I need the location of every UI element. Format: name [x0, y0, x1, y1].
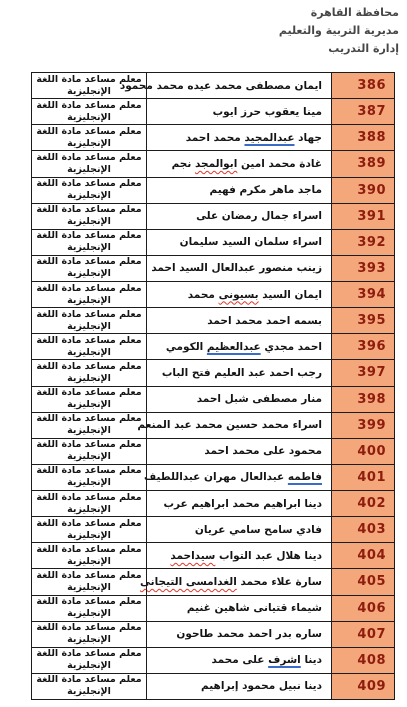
serial-number: 407	[357, 627, 386, 642]
table-row: 406 شيماء قتيانى شاهين غنيم معلم مساعد م…	[32, 595, 394, 621]
serial-number-cell: 409	[332, 674, 394, 699]
serial-number: 391	[357, 209, 386, 224]
teacher-name: ساره بدر احمد محمد طاحون	[176, 628, 322, 640]
job-title-line2: الإنجليزية	[35, 686, 143, 698]
job-title-line1: معلم مساعد مادة اللغة	[35, 674, 143, 686]
table-row: 396 احمد مجدي عبدالعظيم الكومي معلم مساع…	[32, 333, 394, 359]
teacher-name-part: اسراء سلمان السيد سليمان	[180, 236, 322, 248]
teacher-name-part: ساره بدر احمد محمد طاحون	[176, 628, 322, 640]
job-title-line2: الإنجليزية	[35, 556, 143, 568]
table-row: 404 دينا هلال عبد التواب سيداحمد معلم مس…	[32, 542, 394, 568]
teacher-name-part: فاطمه	[288, 471, 322, 483]
teacher-name-cell: ايمان السيد بسيونى محمد	[147, 282, 332, 307]
job-title-cell: معلم مساعد مادة اللغة الإنجليزية	[32, 178, 147, 203]
teacher-name: محمود على محمد احمد	[204, 445, 322, 457]
teacher-name: دينا اشرف على محمد	[212, 654, 322, 666]
teacher-name: ماجد ماهر مكرم فهيم	[210, 184, 322, 196]
job-title-line1: معلم مساعد مادة اللغة	[35, 74, 143, 86]
job-title-cell: معلم مساعد مادة اللغة الإنجليزية	[32, 569, 147, 594]
job-title-cell: معلم مساعد مادة اللغة الإنجليزية	[32, 125, 147, 150]
table-row: 401 فاطمه عبدالعال مهران عبداللطيف معلم …	[32, 464, 394, 490]
teacher-name-part: محمد احمد	[186, 132, 241, 144]
job-title-line2: الإنجليزية	[35, 582, 143, 594]
serial-number: 404	[357, 548, 386, 563]
header-directorate: مديرية التربية والتعليم	[279, 22, 399, 40]
teacher-name: فاطمه عبدالعال مهران عبداللطيف	[144, 471, 322, 483]
teacher-name-part: دينا نبيل محمود إبراهيم	[201, 680, 322, 692]
job-title-line1: معلم مساعد مادة اللغة	[35, 518, 143, 530]
teacher-name: شيماء قتيانى شاهين غنيم	[187, 602, 322, 614]
job-title-line2: الإنجليزية	[35, 660, 143, 672]
job-title-cell: معلم مساعد مادة اللغة الإنجليزية	[32, 674, 147, 699]
teacher-name-cell: ايمان مصطفى محمد عيده محمد محمود	[147, 73, 332, 98]
table-row: 391 اسراء جمال رمضان على معلم مساعد مادة…	[32, 203, 394, 229]
job-title-line1: معلم مساعد مادة اللغة	[35, 544, 143, 556]
job-title-line2: الإنجليزية	[35, 216, 143, 228]
job-title-line2: الإنجليزية	[35, 190, 143, 202]
job-title-cell: معلم مساعد مادة اللغة الإنجليزية	[32, 360, 147, 385]
serial-number-cell: 392	[332, 230, 394, 255]
teacher-name: دينا نبيل محمود إبراهيم	[201, 680, 322, 692]
teacher-name-part: سارة علاء محمد	[240, 576, 322, 588]
job-title-line2: الإنجليزية	[35, 373, 143, 385]
teacher-name-cell: مينا يعقوب حرز ايوب	[147, 99, 332, 124]
serial-number-cell: 386	[332, 73, 394, 98]
teacher-name-cell: منار مصطفى شبل احمد	[147, 387, 332, 412]
teacher-name-cell: فاطمه عبدالعال مهران عبداللطيف	[147, 465, 332, 490]
job-title-line2: الإنجليزية	[35, 242, 143, 254]
job-title-cell: معلم مساعد مادة اللغة الإنجليزية	[32, 99, 147, 124]
teacher-name-part: ماجد ماهر مكرم فهيم	[210, 184, 322, 196]
job-title-cell: معلم مساعد مادة اللغة الإنجليزية	[32, 282, 147, 307]
teacher-name: اسراء سلمان السيد سليمان	[180, 236, 322, 248]
serial-number: 392	[357, 235, 386, 250]
job-title-cell: معلم مساعد مادة اللغة الإنجليزية	[32, 465, 147, 490]
job-title-cell: معلم مساعد مادة اللغة الإنجليزية	[32, 308, 147, 333]
document-header: محافظة القاهرة مديرية التربية والتعليم إ…	[279, 4, 399, 58]
job-title-line2: الإنجليزية	[35, 86, 143, 98]
teacher-name-part: دينا	[304, 654, 322, 666]
table-row: 398 منار مصطفى شبل احمد معلم مساعد مادة …	[32, 386, 394, 412]
teacher-name-cell: بسمه احمد محمد احمد	[147, 308, 332, 333]
teacher-name-part: محمد	[188, 289, 215, 301]
job-title-line1: معلم مساعد مادة اللغة	[35, 648, 143, 660]
teacher-name-cell: دينا اشرف على محمد	[147, 648, 332, 673]
serial-number-cell: 406	[332, 596, 394, 621]
job-title-cell: معلم مساعد مادة اللغة الإنجليزية	[32, 204, 147, 229]
teacher-name-part: سيداحمد	[170, 550, 215, 562]
job-title-cell: معلم مساعد مادة اللغة الإنجليزية	[32, 230, 147, 255]
teacher-name-part: بسمه احمد محمد احمد	[207, 315, 322, 327]
table-row: 392 اسراء سلمان السيد سليمان معلم مساعد …	[32, 229, 394, 255]
serial-number-cell: 401	[332, 465, 394, 490]
job-title-line1: معلم مساعد مادة اللغة	[35, 413, 143, 425]
teacher-name-cell: ماجد ماهر مكرم فهيم	[147, 178, 332, 203]
table-row: 407 ساره بدر احمد محمد طاحون معلم مساعد …	[32, 621, 394, 647]
teacher-name-part: ايمان مصطفى محمد عيده محمد محمود	[120, 80, 322, 92]
job-title-line2: الإنجليزية	[35, 164, 143, 176]
teacher-name: غادة محمد امين ابوالمجد نجم	[172, 158, 322, 170]
serial-number: 409	[357, 679, 386, 694]
serial-number-cell: 402	[332, 491, 394, 516]
job-title-cell: معلم مساعد مادة اللغة الإنجليزية	[32, 413, 147, 438]
teacher-name-part: اشرف	[268, 654, 301, 666]
serial-number: 405	[357, 574, 386, 589]
table-row: 403 فادي سامح سامي عريان معلم مساعد مادة…	[32, 516, 394, 542]
teacher-name: بسمه احمد محمد احمد	[207, 315, 322, 327]
teacher-name-cell: شيماء قتيانى شاهين غنيم	[147, 596, 332, 621]
job-title-line2: الإنجليزية	[35, 608, 143, 620]
job-title-line2: الإنجليزية	[35, 112, 143, 124]
teacher-name-cell: زينب منصور عبدالعال السيد احمد	[147, 256, 332, 281]
teacher-name-part: احمد مجدي	[264, 341, 322, 353]
table-row: 395 بسمه احمد محمد احمد معلم مساعد مادة …	[32, 307, 394, 333]
teacher-name-part: غادة محمد امين	[241, 158, 322, 170]
teacher-name-part: محمود على محمد احمد	[204, 445, 322, 457]
table-row: 389 غادة محمد امين ابوالمجد نجم معلم مسا…	[32, 150, 394, 176]
teacher-name: سارة علاء محمد الغدامسى التيجانى	[140, 576, 322, 588]
job-title-line1: معلم مساعد مادة اللغة	[35, 596, 143, 608]
teacher-name-cell: دينا هلال عبد التواب سيداحمد	[147, 543, 332, 568]
teacher-name-part: بسيونى	[219, 289, 259, 301]
job-title-line1: معلم مساعد مادة اللغة	[35, 126, 143, 138]
teacher-name-part: دينا ابراهيم محمد ابراهيم عرب	[163, 498, 322, 510]
serial-number: 390	[357, 183, 386, 198]
job-title-line2: الإنجليزية	[35, 347, 143, 359]
teacher-name-part: رجب احمد عبد العليم فتح الباب	[162, 367, 322, 379]
serial-number: 397	[357, 365, 386, 380]
serial-number-cell: 388	[332, 125, 394, 150]
teacher-name-cell: ساره بدر احمد محمد طاحون	[147, 622, 332, 647]
job-title-cell: معلم مساعد مادة اللغة الإنجليزية	[32, 439, 147, 464]
table-row: 409 دينا نبيل محمود إبراهيم معلم مساعد م…	[32, 673, 394, 699]
serial-number: 387	[357, 104, 386, 119]
teacher-name-part: الكومي	[166, 341, 203, 353]
table-row: 393 زينب منصور عبدالعال السيد احمد معلم …	[32, 255, 394, 281]
job-title-line2: الإنجليزية	[35, 321, 143, 333]
serial-number: 396	[357, 339, 386, 354]
job-title-cell: معلم مساعد مادة اللغة الإنجليزية	[32, 151, 147, 176]
serial-number: 393	[357, 261, 386, 276]
job-title-line1: معلم مساعد مادة اللغة	[35, 335, 143, 347]
table-row: 402 دينا ابراهيم محمد ابراهيم عرب معلم م…	[32, 490, 394, 516]
document-page: محافظة القاهرة مديرية التربية والتعليم إ…	[0, 0, 407, 707]
job-title-line1: معلم مساعد مادة اللغة	[35, 622, 143, 634]
teacher-name-cell: اسراء سلمان السيد سليمان	[147, 230, 332, 255]
teacher-name: زينب منصور عبدالعال السيد احمد	[151, 262, 322, 274]
teacher-name-cell: غادة محمد امين ابوالمجد نجم	[147, 151, 332, 176]
serial-number: 388	[357, 130, 386, 145]
teacher-name-cell: دينا ابراهيم محمد ابراهيم عرب	[147, 491, 332, 516]
teacher-name-part: الغدامسى التيجانى	[140, 576, 237, 588]
job-title-line1: معلم مساعد مادة اللغة	[35, 256, 143, 268]
teacher-name-part: ايمان السيد	[262, 289, 322, 301]
teacher-name: دينا ابراهيم محمد ابراهيم عرب	[163, 498, 322, 510]
job-title-line1: معلم مساعد مادة اللغة	[35, 387, 143, 399]
serial-number: 394	[357, 287, 386, 302]
serial-number-cell: 387	[332, 99, 394, 124]
teacher-name: احمد مجدي عبدالعظيم الكومي	[166, 341, 322, 353]
serial-number-cell: 395	[332, 308, 394, 333]
header-department: إدارة التدريب	[279, 40, 399, 58]
serial-number-cell: 393	[332, 256, 394, 281]
teacher-name-part: عبدالعال مهران عبداللطيف	[144, 471, 284, 483]
teacher-name: ايمان مصطفى محمد عيده محمد محمود	[120, 80, 322, 92]
header-governorate: محافظة القاهرة	[279, 4, 399, 22]
serial-number-cell: 400	[332, 439, 394, 464]
serial-number: 403	[357, 522, 386, 537]
serial-number: 408	[357, 653, 386, 668]
serial-number-cell: 394	[332, 282, 394, 307]
serial-number-cell: 407	[332, 622, 394, 647]
teacher-name: رجب احمد عبد العليم فتح الباب	[162, 367, 322, 379]
serial-number: 389	[357, 156, 386, 171]
serial-number: 395	[357, 313, 386, 328]
job-title-cell: معلم مساعد مادة اللغة الإنجليزية	[32, 596, 147, 621]
teacher-name: دينا هلال عبد التواب سيداحمد	[170, 550, 322, 562]
serial-number-cell: 405	[332, 569, 394, 594]
table-row: 388 جهاد عبدالمجيد محمد احمد معلم مساعد …	[32, 124, 394, 150]
job-title-cell: معلم مساعد مادة اللغة الإنجليزية	[32, 543, 147, 568]
job-title-line1: معلم مساعد مادة اللغة	[35, 178, 143, 190]
teacher-name: ايمان السيد بسيونى محمد	[188, 289, 322, 301]
teacher-name: فادي سامح سامي عريان	[195, 524, 322, 536]
serial-number: 401	[357, 470, 386, 485]
job-title-line2: الإنجليزية	[35, 295, 143, 307]
job-title-cell: معلم مساعد مادة اللغة الإنجليزية	[32, 387, 147, 412]
table-row: 400 محمود على محمد احمد معلم مساعد مادة …	[32, 438, 394, 464]
roster-table: 386 ايمان مصطفى محمد عيده محمد محمود معل…	[31, 72, 395, 700]
serial-number-cell: 408	[332, 648, 394, 673]
serial-number: 398	[357, 392, 386, 407]
serial-number: 399	[357, 418, 386, 433]
table-row: 399 اسراء محمد حسين محمد عبد المنعم معلم…	[32, 412, 394, 438]
teacher-name: اسراء جمال رمضان على	[196, 210, 322, 222]
teacher-name-cell: احمد مجدي عبدالعظيم الكومي	[147, 334, 332, 359]
teacher-name-part: نجم	[172, 158, 192, 170]
job-title-line2: الإنجليزية	[35, 268, 143, 280]
table-row: 405 سارة علاء محمد الغدامسى التيجانى معل…	[32, 568, 394, 594]
teacher-name-part: عبدالمجيد	[244, 132, 294, 144]
serial-number-cell: 398	[332, 387, 394, 412]
job-title-line2: الإنجليزية	[35, 425, 143, 437]
job-title-line2: الإنجليزية	[35, 138, 143, 150]
job-title-line1: معلم مساعد مادة اللغة	[35, 100, 143, 112]
job-title-cell: معلم مساعد مادة اللغة الإنجليزية	[32, 73, 147, 98]
serial-number-cell: 396	[332, 334, 394, 359]
teacher-name-cell: دينا نبيل محمود إبراهيم	[147, 674, 332, 699]
job-title-line2: الإنجليزية	[35, 504, 143, 516]
table-row: 387 مينا يعقوب حرز ايوب معلم مساعد مادة …	[32, 98, 394, 124]
serial-number-cell: 391	[332, 204, 394, 229]
job-title-line1: معلم مساعد مادة اللغة	[35, 152, 143, 164]
job-title-line1: معلم مساعد مادة اللغة	[35, 439, 143, 451]
teacher-name-part: منار مصطفى شبل احمد	[197, 393, 322, 405]
teacher-name-cell: اسراء محمد حسين محمد عبد المنعم	[147, 413, 332, 438]
table-row: 390 ماجد ماهر مكرم فهيم معلم مساعد مادة …	[32, 177, 394, 203]
job-title-line2: الإنجليزية	[35, 451, 143, 463]
teacher-name: مينا يعقوب حرز ايوب	[213, 106, 322, 118]
teacher-name-part: على محمد	[212, 654, 265, 666]
job-title-line2: الإنجليزية	[35, 477, 143, 489]
teacher-name-part: دينا هلال عبد التواب	[219, 550, 322, 562]
job-title-line1: معلم مساعد مادة اللغة	[35, 465, 143, 477]
table-row: 386 ايمان مصطفى محمد عيده محمد محمود معل…	[32, 73, 394, 98]
teacher-name-part: فادي سامح سامي عريان	[195, 524, 322, 536]
serial-number-cell: 389	[332, 151, 394, 176]
teacher-name-cell: رجب احمد عبد العليم فتح الباب	[147, 360, 332, 385]
job-title-cell: معلم مساعد مادة اللغة الإنجليزية	[32, 622, 147, 647]
job-title-cell: معلم مساعد مادة اللغة الإنجليزية	[32, 517, 147, 542]
teacher-name-cell: اسراء جمال رمضان على	[147, 204, 332, 229]
serial-number-cell: 399	[332, 413, 394, 438]
serial-number: 406	[357, 601, 386, 616]
teacher-name: منار مصطفى شبل احمد	[197, 393, 322, 405]
job-title-line1: معلم مساعد مادة اللغة	[35, 230, 143, 242]
teacher-name-cell: سارة علاء محمد الغدامسى التيجانى	[147, 569, 332, 594]
teacher-name-part: اسراء محمد حسين محمد عبد المنعم	[137, 419, 322, 431]
job-title-cell: معلم مساعد مادة اللغة الإنجليزية	[32, 256, 147, 281]
job-title-line1: معلم مساعد مادة اللغة	[35, 570, 143, 582]
job-title-line1: معلم مساعد مادة اللغة	[35, 283, 143, 295]
job-title-cell: معلم مساعد مادة اللغة الإنجليزية	[32, 648, 147, 673]
teacher-name: اسراء محمد حسين محمد عبد المنعم	[137, 419, 322, 431]
serial-number: 402	[357, 496, 386, 511]
job-title-line2: الإنجليزية	[35, 634, 143, 646]
teacher-name-part: مينا يعقوب حرز ايوب	[213, 106, 322, 118]
table-row: 408 دينا اشرف على محمد معلم مساعد مادة ا…	[32, 647, 394, 673]
teacher-name-cell: محمود على محمد احمد	[147, 439, 332, 464]
table-row: 397 رجب احمد عبد العليم فتح الباب معلم م…	[32, 359, 394, 385]
serial-number-cell: 397	[332, 360, 394, 385]
teacher-name: جهاد عبدالمجيد محمد احمد	[186, 132, 322, 144]
job-title-cell: معلم مساعد مادة اللغة الإنجليزية	[32, 491, 147, 516]
serial-number-cell: 404	[332, 543, 394, 568]
job-title-line1: معلم مساعد مادة اللغة	[35, 204, 143, 216]
job-title-line2: الإنجليزية	[35, 530, 143, 542]
teacher-name-part: ابوالمجد	[195, 158, 237, 170]
teacher-name-part: زينب منصور عبدالعال السيد احمد	[151, 262, 322, 274]
teacher-name-part: شيماء قتيانى شاهين غنيم	[187, 602, 322, 614]
teacher-name-part: جهاد	[298, 132, 322, 144]
job-title-line1: معلم مساعد مادة اللغة	[35, 309, 143, 321]
teacher-name-cell: جهاد عبدالمجيد محمد احمد	[147, 125, 332, 150]
serial-number-cell: 390	[332, 178, 394, 203]
job-title-cell: معلم مساعد مادة اللغة الإنجليزية	[32, 334, 147, 359]
table-row: 394 ايمان السيد بسيونى محمد معلم مساعد م…	[32, 281, 394, 307]
serial-number-cell: 403	[332, 517, 394, 542]
serial-number: 386	[357, 78, 386, 93]
job-title-line2: الإنجليزية	[35, 399, 143, 411]
teacher-name-part: اسراء جمال رمضان على	[196, 210, 322, 222]
teacher-name-cell: فادي سامح سامي عريان	[147, 517, 332, 542]
job-title-line1: معلم مساعد مادة اللغة	[35, 492, 143, 504]
serial-number: 400	[357, 444, 386, 459]
teacher-name-part: عبدالعظيم	[207, 341, 261, 353]
job-title-line1: معلم مساعد مادة اللغة	[35, 361, 143, 373]
